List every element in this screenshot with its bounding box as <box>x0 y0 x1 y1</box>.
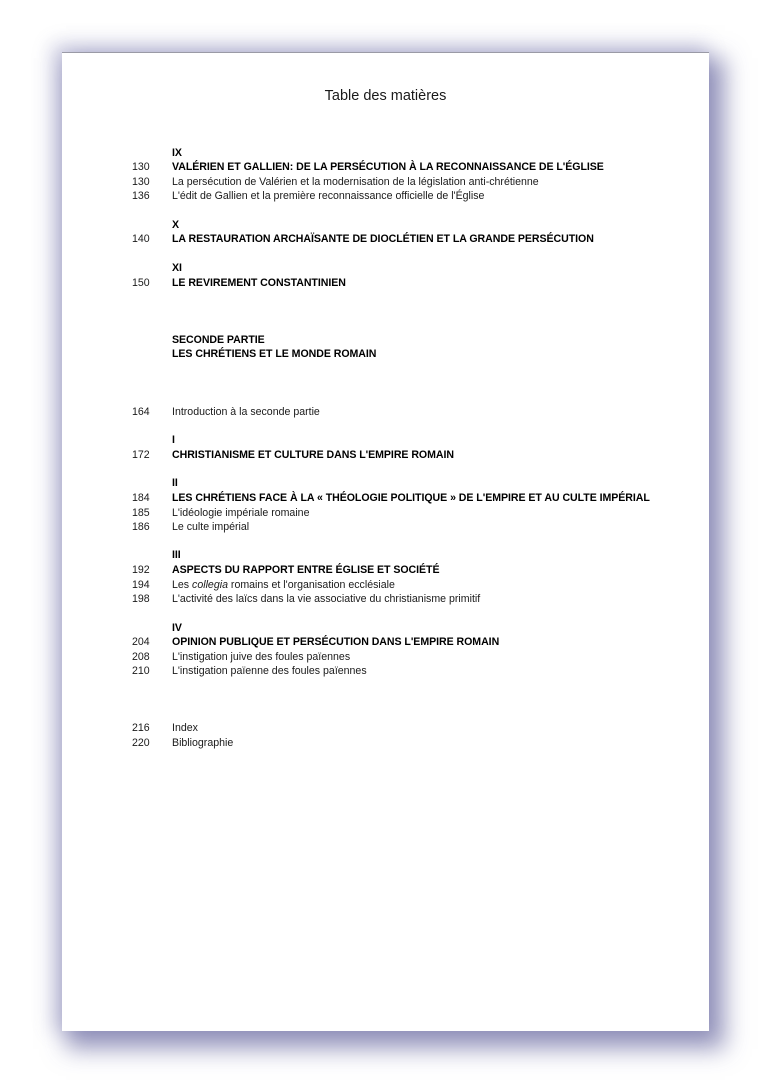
page-number: 140 <box>132 232 150 246</box>
document-page: Table des matières IX 130 VALÉRIEN ET GA… <box>62 52 709 1031</box>
chapter-numeral: X <box>62 218 709 232</box>
page-number: 204 <box>132 635 150 649</box>
toc-chapter-entry[interactable]: 192 ASPECTS DU RAPPORT ENTRE ÉGLISE ET S… <box>62 563 709 577</box>
section-title: L'idéologie impériale romaine <box>172 506 309 520</box>
section-title: Les collegia romains et l'organisation e… <box>172 578 395 592</box>
page-number: 186 <box>132 520 150 534</box>
section-title: Bibliographie <box>172 736 233 750</box>
toc-section-entry[interactable]: 164 Introduction à la seconde partie <box>62 405 709 419</box>
section-title: Index <box>172 721 198 735</box>
toc-chapter-entry[interactable]: 204 OPINION PUBLIQUE ET PERSÉCUTION DANS… <box>62 635 709 649</box>
chapter-numeral: IV <box>62 621 709 635</box>
page-title: Table des matières <box>62 88 709 104</box>
page-number: 130 <box>132 175 150 189</box>
chapter-title: LE REVIREMENT CONSTANTINIEN <box>172 276 346 290</box>
page-number: 130 <box>132 160 150 174</box>
toc-section-entry[interactable]: 186 Le culte impérial <box>62 520 709 534</box>
toc-section-entry[interactable]: 136 L'édit de Gallien et la première rec… <box>62 189 709 203</box>
chapter-title: LA RESTAURATION ARCHAÏSANTE DE DIOCLÉTIE… <box>172 232 594 246</box>
page-number: 150 <box>132 276 150 290</box>
toc-section-entry[interactable]: 194 Les collegia romains et l'organisati… <box>62 578 709 592</box>
italic-term: collegia <box>192 579 228 591</box>
page-number: 208 <box>132 650 150 664</box>
page-number: 172 <box>132 448 150 462</box>
section-title: L'instigation païenne des foules païenne… <box>172 664 367 678</box>
page-number: 220 <box>132 736 150 750</box>
section-title: Le culte impérial <box>172 520 249 534</box>
toc-section-entry[interactable]: 130 La persécution de Valérien et la mod… <box>62 175 709 189</box>
page-number: 194 <box>132 578 150 592</box>
section-title: La persécution de Valérien et la moderni… <box>172 175 539 189</box>
chapter-title: ASPECTS DU RAPPORT ENTRE ÉGLISE ET SOCIÉ… <box>172 563 440 577</box>
toc-section-entry[interactable]: 185 L'idéologie impériale romaine <box>62 506 709 520</box>
page-number: 210 <box>132 664 150 678</box>
toc-section-entry[interactable]: 198 L'activité des laïcs dans la vie ass… <box>62 592 709 606</box>
page-number: 136 <box>132 189 150 203</box>
chapter-numeral: XI <box>62 261 709 275</box>
page-number: 185 <box>132 506 150 520</box>
chapter-title: LES CHRÉTIENS FACE À LA « THÉOLOGIE POLI… <box>172 491 650 505</box>
toc-chapter-entry[interactable]: 150 LE REVIREMENT CONSTANTINIEN <box>62 276 709 290</box>
chapter-title: VALÉRIEN ET GALLIEN: DE LA PERSÉCUTION À… <box>172 160 604 174</box>
toc-section-entry[interactable]: 208 L'instigation juive des foules païen… <box>62 650 709 664</box>
section-title: L'édit de Gallien et la première reconna… <box>172 189 484 203</box>
toc-chapter-entry[interactable]: 172 CHRISTIANISME ET CULTURE DANS L'EMPI… <box>62 448 709 462</box>
toc-backmatter-entry[interactable]: 220 Bibliographie <box>62 736 709 750</box>
toc-chapter-entry[interactable]: 130 VALÉRIEN ET GALLIEN: DE LA PERSÉCUTI… <box>62 160 709 174</box>
section-title: L'instigation juive des foules païennes <box>172 650 350 664</box>
toc-chapter-entry[interactable]: 184 LES CHRÉTIENS FACE À LA « THÉOLOGIE … <box>62 491 709 505</box>
page-number: 184 <box>132 491 150 505</box>
section-title: L'activité des laïcs dans la vie associa… <box>172 592 480 606</box>
part-label: SECONDE PARTIE <box>62 333 709 347</box>
chapter-numeral: III <box>62 548 709 562</box>
chapter-numeral: IX <box>62 146 709 160</box>
page-number: 216 <box>132 721 150 735</box>
chapter-numeral: I <box>62 433 709 447</box>
chapter-title: CHRISTIANISME ET CULTURE DANS L'EMPIRE R… <box>172 448 454 462</box>
page-number: 164 <box>132 405 150 419</box>
page-number: 198 <box>132 592 150 606</box>
section-title: Introduction à la seconde partie <box>172 405 320 419</box>
part-title[interactable]: LES CHRÉTIENS ET LE MONDE ROMAIN <box>62 347 709 361</box>
page-number: 192 <box>132 563 150 577</box>
toc-section-entry[interactable]: 210 L'instigation païenne des foules paï… <box>62 664 709 678</box>
chapter-title: OPINION PUBLIQUE ET PERSÉCUTION DANS L'E… <box>172 635 499 649</box>
toc-chapter-entry[interactable]: 140 LA RESTAURATION ARCHAÏSANTE DE DIOCL… <box>62 232 709 246</box>
toc-backmatter-entry[interactable]: 216 Index <box>62 721 709 735</box>
chapter-numeral: II <box>62 476 709 490</box>
